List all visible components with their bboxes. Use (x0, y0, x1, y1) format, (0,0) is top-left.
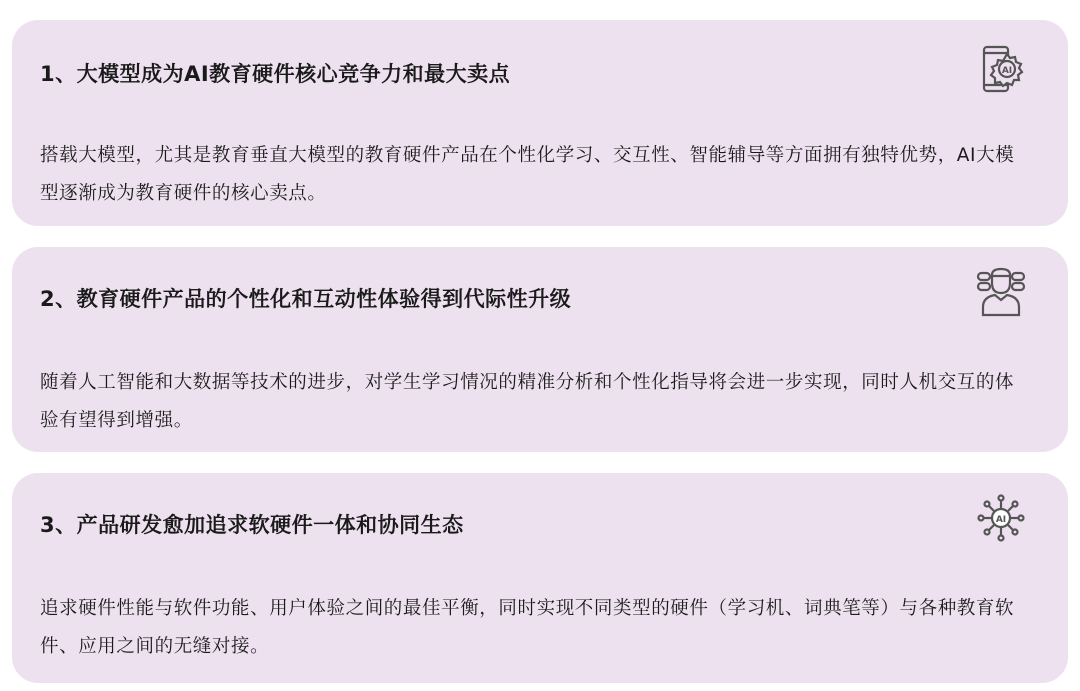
ai-chip-gear-icon: AI (974, 44, 1028, 94)
card-body: 追求硬件性能与软件功能、用户体验之间的最佳平衡，同时实现不同类型的硬件（学习机、… (40, 590, 1028, 666)
card-title: 1、大模型成为AI教育硬件核心竞争力和最大卖点 (40, 58, 510, 88)
svg-text:AI: AI (1002, 66, 1012, 76)
card-title: 3、产品研发愈加追求软硬件一体和协同生态 (40, 509, 464, 539)
card-software-hardware-ecosystem: 3、产品研发愈加追求软硬件一体和协同生态 AI 追求硬件性能与软件功能、用户体验… (12, 473, 1068, 683)
svg-text:AI: AI (996, 515, 1006, 525)
card-personalized-experience: 2、教育硬件产品的个性化和互动性体验得到代际性升级 随着人工智能和大数据等技术的… (12, 247, 1068, 452)
card-body: 随着人工智能和大数据等技术的进步，对学生学习情况的精准分析和个性化指导将会进一步… (40, 364, 1028, 440)
card-body: 搭载大模型，尤其是教育垂直大模型的教育硬件产品在个性化学习、交互性、智能辅导等方… (40, 137, 1028, 213)
person-data-icon (974, 267, 1028, 317)
card-ai-large-model: 1、大模型成为AI教育硬件核心竞争力和最大卖点 AI 搭载大模型，尤其是教育垂直… (12, 20, 1068, 226)
ai-network-icon: AI (974, 493, 1028, 543)
card-title: 2、教育硬件产品的个性化和互动性体验得到代际性升级 (40, 283, 571, 313)
